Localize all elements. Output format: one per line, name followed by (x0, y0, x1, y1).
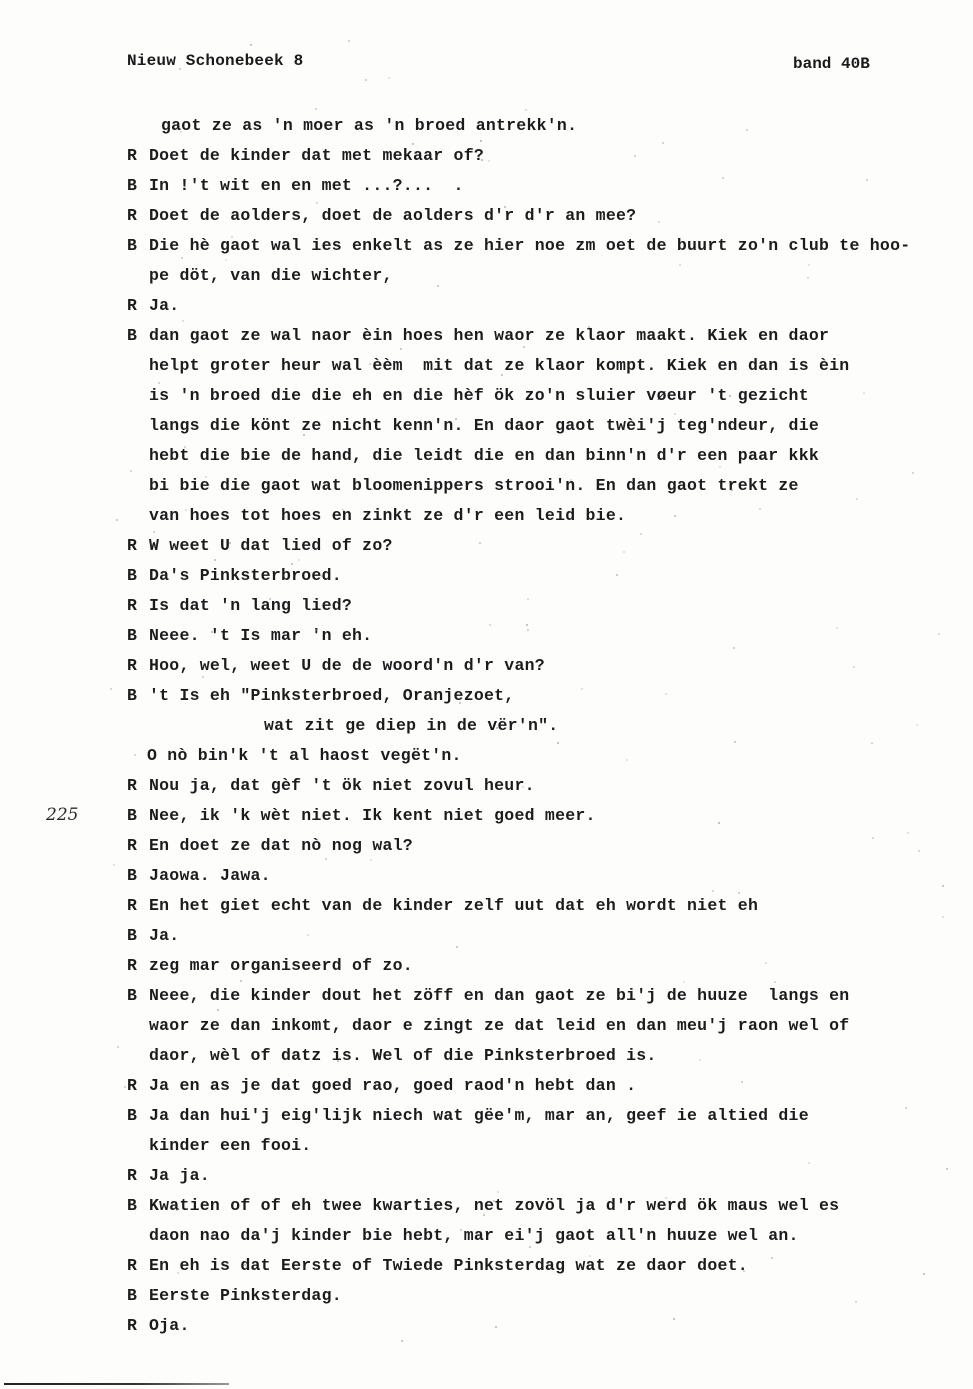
speaker-label: B (127, 1285, 149, 1307)
utterance-text: gaot ze as 'n moer as 'n broed antrekk'n… (161, 116, 577, 135)
utterance-text: Nee, ik 'k wèt niet. Ik kent niet goed m… (149, 806, 596, 825)
transcript-line-b: BNeee. 't Is mar 'n eh. (127, 625, 957, 655)
transcript-line-continuation: helpt groter heur wal èèm mit dat ze kla… (127, 355, 957, 385)
utterance-text: helpt groter heur wal èèm mit dat ze kla… (149, 356, 849, 375)
transcript-line-r: ROja. (127, 1315, 957, 1345)
speaker-label: B (127, 625, 149, 647)
utterance-text: En doet ze dat nò nog wal? (149, 836, 413, 855)
utterance-text: Ja ja. (149, 1166, 210, 1185)
utterance-text: hebt die bie de hand, die leidt die en d… (149, 446, 819, 465)
transcript-line-continuation: gaot ze as 'n moer as 'n broed antrekk'n… (127, 115, 957, 145)
utterance-text: Oja. (149, 1316, 190, 1335)
transcript-line-continuation: langs die könt ze nicht kenn'n. En daor … (127, 415, 957, 445)
utterance-text: Doet de kinder dat met mekaar of? (149, 146, 484, 165)
utterance-text: Jaowa. Jawa. (149, 866, 271, 885)
speaker-label: R (127, 895, 149, 917)
speaker-label: R (127, 955, 149, 977)
speaker-label: B (127, 1195, 149, 1217)
speaker-label: R (127, 1165, 149, 1187)
utterance-text: kinder een fooi. (149, 1136, 311, 1155)
speaker-label: B (127, 685, 149, 707)
transcript-line-continuation: kinder een fooi. (127, 1135, 957, 1165)
transcript-line-continuation: pe döt, van die wichter, (127, 265, 957, 295)
utterance-text: Ja. (149, 926, 179, 945)
utterance-text: Eerste Pinksterdag. (149, 1286, 342, 1305)
utterance-text: langs die könt ze nicht kenn'n. En daor … (149, 416, 819, 435)
transcript-line-continuation: is 'n broed die die eh en die hèf ök zo'… (127, 385, 957, 415)
speaker-label: R (127, 145, 149, 167)
transcript-line-r: RHoo, wel, weet U de de woord'n d'r van? (127, 655, 957, 685)
speaker-label: B (127, 325, 149, 347)
utterance-text: waor ze dan inkomt, daor e zingt ze dat … (149, 1016, 849, 1035)
utterance-text: Doet de aolders, doet de aolders d'r d'r… (149, 206, 636, 225)
transcript-line-continuation: bi bie die gaot wat bloomenippers strooi… (127, 475, 957, 505)
utterance-text: En het giet echt van de kinder zelf uut … (149, 896, 758, 915)
speaker-label: R (127, 1315, 149, 1337)
utterance-text: van hoes tot hoes en zinkt ze d'r een le… (149, 506, 626, 525)
utterance-text: bi bie die gaot wat bloomenippers strooi… (149, 476, 799, 495)
transcript-line-r: RW weet U dat lied of zo? (127, 535, 957, 565)
transcript-line-r: RJa. (127, 295, 957, 325)
transcript-line-b: BJa. (127, 925, 957, 955)
utterance-text: Hoo, wel, weet U de de woord'n d'r van? (149, 656, 545, 675)
margin-annotation: 225 (46, 805, 78, 825)
speaker-label: R (127, 1075, 149, 1097)
document-page: Nieuw Schonebeek 8 band 40B 225 gaot ze … (0, 0, 973, 1389)
utterance-text: Da's Pinksterbroed. (149, 566, 342, 585)
speaker-label: R (127, 775, 149, 797)
speaker-label: B (127, 985, 149, 1007)
transcript-line-b: BIn !'t wit en en met ...?... . (127, 175, 957, 205)
speaker-label: B (127, 565, 149, 587)
transcript-body: gaot ze as 'n moer as 'n broed antrekk'n… (127, 115, 957, 1345)
utterance-text: is 'n broed die die eh en die hèf ök zo'… (149, 386, 809, 405)
transcript-line-continuation: van hoes tot hoes en zinkt ze d'r een le… (127, 505, 957, 535)
transcript-line-b: BKwatien of of eh twee kwarties, net zov… (127, 1195, 957, 1225)
speaker-label: R (127, 205, 149, 227)
transcript-line-continuation: O nò bin'k 't al haost vegët'n. (127, 745, 957, 775)
utterance-text: Die hè gaot wal ies enkelt as ze hier no… (149, 236, 910, 255)
utterance-text: Ja en as je dat goed rao, goed raod'n he… (149, 1076, 636, 1095)
transcript-line-r: RDoet de aolders, doet de aolders d'r d'… (127, 205, 957, 235)
utterance-text: W weet U dat lied of zo? (149, 536, 393, 555)
utterance-text: O nò bin'k 't al haost vegët'n. (147, 746, 462, 765)
utterance-text: Ja. (149, 296, 179, 315)
transcript-line-r: REn doet ze dat nò nog wal? (127, 835, 957, 865)
transcript-line-continuation: waor ze dan inkomt, daor e zingt ze dat … (127, 1015, 957, 1045)
transcript-line-r: RIs dat 'n lang lied? (127, 595, 957, 625)
transcript-line-r: REn eh is dat Eerste of Twiede Pinksterd… (127, 1255, 957, 1285)
utterance-text: Neee. 't Is mar 'n eh. (149, 626, 372, 645)
transcript-line-r: RJa ja. (127, 1165, 957, 1195)
transcript-line-b: BDie hè gaot wal ies enkelt as ze hier n… (127, 235, 957, 265)
speaker-label: B (127, 235, 149, 257)
utterance-text: En eh is dat Eerste of Twiede Pinksterda… (149, 1256, 748, 1275)
speaker-label: R (127, 595, 149, 617)
speaker-label: B (127, 925, 149, 947)
transcript-line-r: RDoet de kinder dat met mekaar of? (127, 145, 957, 175)
speaker-label: B (127, 1105, 149, 1127)
utterance-text: Kwatien of of eh twee kwarties, net zovö… (149, 1196, 839, 1215)
transcript-line-continuation: hebt die bie de hand, die leidt die en d… (127, 445, 957, 475)
transcript-line-b: BJa dan hui'j eig'lijk niech wat gëe'm, … (127, 1105, 957, 1135)
page-edge-rule (4, 1383, 229, 1385)
speaker-label: B (127, 175, 149, 197)
document-title: Nieuw Schonebeek 8 (127, 52, 303, 70)
speaker-label: R (127, 295, 149, 317)
transcript-line-r: RJa en as je dat goed rao, goed raod'n h… (127, 1075, 957, 1105)
transcript-line-continuation: wat zit ge diep in de vër'n". (127, 715, 957, 745)
transcript-line-b: Bdan gaot ze wal naor èin hoes hen waor … (127, 325, 957, 355)
tape-label: band 40B (793, 55, 870, 73)
speaker-label: R (127, 835, 149, 857)
transcript-line-continuation: daon nao da'j kinder bie hebt, mar ei'j … (127, 1225, 957, 1255)
transcript-line-r: RNou ja, dat gèf 't ök niet zovul heur. (127, 775, 957, 805)
utterance-text: Ja dan hui'j eig'lijk niech wat gëe'm, m… (149, 1106, 809, 1125)
transcript-line-b: B't Is eh "Pinksterbroed, Oranjezoet, (127, 685, 957, 715)
utterance-text: daor, wèl of datz is. Wel of die Pinkste… (149, 1046, 657, 1065)
transcript-line-b: BJaowa. Jawa. (127, 865, 957, 895)
utterance-text: dan gaot ze wal naor èin hoes hen waor z… (149, 326, 829, 345)
transcript-line-b: BNee, ik 'k wèt niet. Ik kent niet goed … (127, 805, 957, 835)
transcript-line-b: BDa's Pinksterbroed. (127, 565, 957, 595)
speaker-label: B (127, 865, 149, 887)
speaker-label: B (127, 805, 149, 827)
utterance-text: wat zit ge diep in de vër'n". (264, 716, 558, 735)
transcript-line-b: BNeee, die kinder dout het zöff en dan g… (127, 985, 957, 1015)
transcript-line-continuation: daor, wèl of datz is. Wel of die Pinkste… (127, 1045, 957, 1075)
utterance-text: Nou ja, dat gèf 't ök niet zovul heur. (149, 776, 535, 795)
utterance-text: In !'t wit en en met ...?... . (149, 176, 464, 195)
transcript-line-r: Rzeg mar organiseerd of zo. (127, 955, 957, 985)
speaker-label: R (127, 1255, 149, 1277)
utterance-text: zeg mar organiseerd of zo. (149, 956, 413, 975)
speaker-label: R (127, 535, 149, 557)
utterance-text: pe döt, van die wichter, (149, 266, 393, 285)
transcript-line-r: REn het giet echt van de kinder zelf uut… (127, 895, 957, 925)
utterance-text: daon nao da'j kinder bie hebt, mar ei'j … (149, 1226, 799, 1245)
utterance-text: Neee, die kinder dout het zöff en dan ga… (149, 986, 849, 1005)
utterance-text: Is dat 'n lang lied? (149, 596, 352, 615)
transcript-line-b: BEerste Pinksterdag. (127, 1285, 957, 1315)
speaker-label: R (127, 655, 149, 677)
